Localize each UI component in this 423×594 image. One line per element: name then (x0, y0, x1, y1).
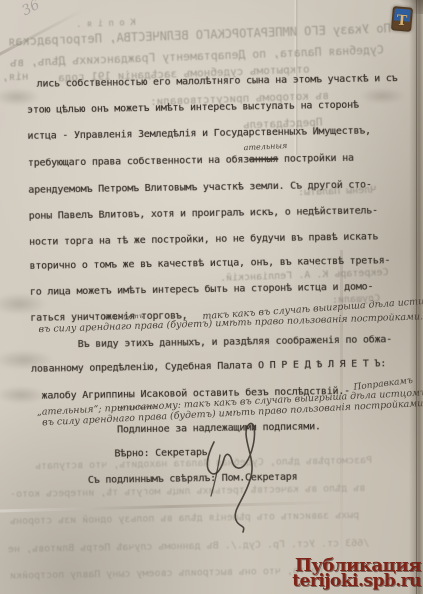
typed-line: арендуемомъ Петромъ Влитовымъ участкѣ зе… (28, 179, 372, 195)
typed-line: вторично о томъ же въ качествѣ истца, он… (29, 255, 390, 272)
typed-line: Въ виду этихъ данныхъ, и раздѣляя сообра… (78, 334, 392, 350)
typed-line: лованному опредѣленію, Судебная Палата О… (31, 358, 386, 375)
typed-line-with-correction: требующаго права собственности на обязан… (28, 153, 354, 169)
document-photo: К о п і я . По Указу ЕГО ИМПЕРАТОРСКАГО … (0, 0, 423, 594)
typed-line: истца - Управленія Земледѣлія и Государс… (27, 125, 371, 141)
handwritten-insertion: не имѣетъ (118, 403, 158, 412)
paper-sheet: К о п і я . По Указу ЕГО ИМПЕРАТОРСКАГО … (0, 0, 423, 594)
typed-text: постройки на (278, 153, 354, 165)
terijoki-logo-stamp-icon: T (391, 6, 413, 32)
watermark-line-2: terijoki.spb.ru (292, 573, 421, 590)
handwritten-insertion: не имѣетъ (103, 312, 143, 321)
typed-line: этою цѣлью онъ можетъ имѣть интересъ выс… (27, 100, 359, 116)
handwritten-correction: ательныя (243, 141, 287, 152)
typed-text: требующаго права собственности на обяз (28, 154, 249, 168)
typed-line: роны Павелъ Влитовъ, хотя и проигралъ ис… (29, 205, 378, 221)
paper-edge-line (416, 0, 418, 594)
stamp-letter: T (391, 10, 413, 32)
watermark: Публикация terijoki.spb.ru (292, 558, 421, 590)
typed-line: ности торга на тѣ же постройки, но не бу… (29, 231, 378, 247)
signature-flourish (180, 418, 280, 538)
typed-line: го лица можетъ имѣть интересъ быть на ст… (30, 281, 374, 297)
typed-line: лись собственностью его малолѣтняго сына… (37, 73, 398, 90)
struck-out-text: анныя (249, 154, 278, 165)
